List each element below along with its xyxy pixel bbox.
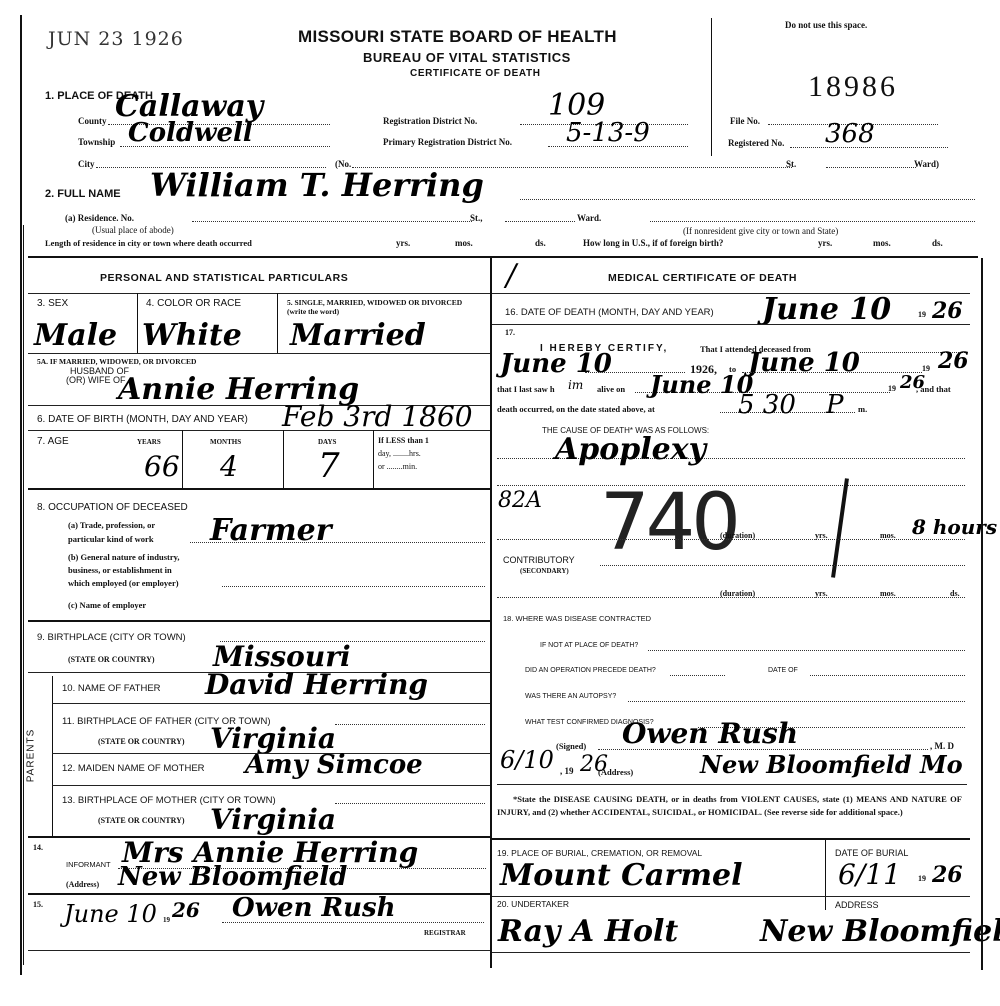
signed-date-field[interactable]: 6/10: [500, 746, 554, 774]
parents-bracket: [52, 676, 53, 836]
occ-a-label-1: (a) Trade, profession, or: [68, 520, 155, 530]
right-border: [981, 258, 983, 970]
age-row-divider: [28, 488, 490, 490]
undertaker-field[interactable]: Ray A Holt: [498, 914, 678, 949]
mother-row-divider: [52, 785, 490, 786]
registered-no-field[interactable]: 368: [825, 119, 875, 149]
registration-district-label: Registration District No.: [383, 116, 477, 126]
duration-yrs-label-2: yrs.: [815, 589, 828, 598]
undertaker-label: 20. UNDERTAKER: [497, 899, 569, 909]
occ-a-label-2: particular kind of work: [68, 534, 154, 544]
left-border: [20, 15, 22, 975]
residence-label: (a) Residence. No.: [65, 213, 134, 223]
burial-date-label: DATE OF BURIAL: [835, 848, 908, 858]
age-years-field[interactable]: 66: [144, 450, 180, 483]
township-label: Township: [78, 137, 115, 147]
secondary-label: (SECONDARY): [520, 567, 569, 575]
age-label: 7. AGE: [37, 436, 69, 447]
usual-place-label: (Usual place of abode): [92, 225, 174, 235]
form-name: CERTIFICATE OF DEATH: [410, 68, 541, 79]
form-subtitle: BUREAU OF VITAL STATISTICS: [363, 50, 571, 65]
length-residence-label: Length of residence in city or town wher…: [45, 238, 252, 248]
less-than-day-1: If LESS than 1: [378, 436, 429, 445]
city-label: City: [78, 159, 95, 169]
burial-year-prefix: 19: [918, 874, 926, 883]
physician-address-label: (Address): [598, 767, 633, 777]
cause-field[interactable]: Apoplexy: [555, 432, 706, 467]
occ-c-label: (c) Name of employer: [68, 600, 146, 610]
township-field[interactable]: Coldwell: [128, 118, 253, 148]
spouse-label-1: 5A. IF MARRIED, WIDOWED, OR DIVORCED: [37, 357, 196, 366]
undertaker-address-label: ADDRESS: [835, 900, 879, 910]
occ-b-label-3: which employed (or employer): [68, 578, 179, 588]
undertaker-divider: [492, 952, 970, 953]
how-long-us-label: How long in U.S., if of foreign birth?: [583, 238, 723, 248]
full-name-field[interactable]: William T. Herring: [150, 166, 484, 204]
filed-year-field[interactable]: 26: [172, 898, 200, 922]
father-label: 10. NAME OF FATHER: [62, 683, 161, 694]
us-ds-label: ds.: [932, 238, 943, 248]
duration-label-2: (duration): [720, 589, 755, 598]
left-border-inner: [23, 225, 24, 965]
death-year-prefix: 19: [918, 310, 926, 319]
divider-top: [28, 256, 978, 258]
operation-date-line: [810, 675, 965, 676]
us-mos-label: mos.: [873, 238, 891, 248]
alive-on-label: alive on: [597, 384, 625, 394]
death-meridian-field[interactable]: P: [826, 390, 844, 420]
primary-district-field[interactable]: 5-13-9: [566, 118, 650, 148]
code-note: 82A: [498, 488, 542, 513]
registrar-label: REGISTRAR: [424, 929, 466, 937]
death-time-field[interactable]: 5 30: [738, 390, 796, 420]
mos-label: mos.: [455, 238, 473, 248]
last-saw-label: that I last saw h: [497, 384, 555, 394]
street-label: St.: [786, 159, 796, 169]
signed-year-prefix: , 19: [560, 766, 574, 776]
residence-st-label: St.,: [470, 213, 483, 223]
medical-section-title: MEDICAL CERTIFICATE OF DEATH: [608, 272, 797, 284]
marital-label: 5. SINGLE, MARRIED, WIDOWED OR DIVORCED …: [287, 298, 482, 316]
parents-side-label: PARENTS: [25, 729, 36, 783]
registrar-signature[interactable]: Owen Rush: [232, 893, 396, 923]
registered-no-label: Registered No.: [728, 138, 784, 148]
occupation-label: 8. OCCUPATION OF DECEASED: [37, 502, 188, 513]
residence-ward-label: Ward.: [577, 213, 601, 223]
undertaker-address-field[interactable]: New Bloomfield: [760, 914, 1000, 949]
mother-city-line: [335, 803, 485, 804]
age-months-divider: [283, 430, 284, 488]
last-saw-year-prefix: 19: [888, 384, 896, 393]
certificate-number: 18986: [808, 70, 898, 104]
mother-field[interactable]: Amy Simcoe: [245, 750, 423, 780]
father-city-line: [335, 724, 485, 725]
duration-mos-label-1: mos.: [880, 531, 896, 540]
age-years-divider: [182, 430, 183, 488]
residence-no-line: [192, 221, 472, 222]
burial-place-label: 19. PLACE OF BURIAL, CREMATION, OR REMOV…: [497, 848, 702, 858]
industry-line: [222, 586, 485, 587]
days-label: DAYS: [318, 438, 336, 446]
months-label: MONTHS: [210, 438, 241, 446]
ds-label: ds.: [535, 238, 546, 248]
burial-date-field[interactable]: 6/11: [838, 858, 901, 891]
age-months-field[interactable]: 4: [220, 450, 238, 483]
occupation-row-divider: [28, 620, 490, 622]
reserved-note: Do not use this space.: [785, 20, 867, 30]
age-days-field[interactable]: 7: [318, 446, 340, 486]
duration-ds-label-2: ds.: [950, 589, 960, 598]
contributory-label: CONTRIBUTORY: [503, 555, 575, 565]
m-label: m.: [858, 404, 867, 414]
date-of-death-label: 16. DATE OF DEATH (MONTH, DAY AND YEAR): [505, 307, 714, 318]
medical-check-mark: /: [506, 258, 516, 293]
race-divider: [277, 293, 278, 353]
signed-label: (Signed): [556, 741, 586, 751]
informant-address-field[interactable]: New Bloomfield: [118, 862, 347, 892]
where-contracted-label: 18. WHERE WAS DISEASE CONTRACTED: [503, 614, 651, 623]
mother-state-label: (STATE OR COUNTRY): [98, 816, 185, 825]
informant-number: 14.: [33, 843, 43, 852]
operation-date-label: DATE OF: [768, 667, 798, 674]
sex-field[interactable]: Male: [34, 318, 117, 353]
father-state-label: (STATE OR COUNTRY): [98, 737, 185, 746]
footnote-divider: [492, 838, 970, 840]
occupation-field[interactable]: Farmer: [210, 513, 332, 548]
attended-from-field[interactable]: June 10: [500, 349, 612, 379]
personal-title-divider: [28, 293, 490, 294]
filed-year-prefix: 19: [163, 916, 170, 924]
sex-divider: [137, 293, 138, 353]
nonresident-label: (If nonresident give city or town and St…: [683, 226, 838, 236]
primary-district-label: Primary Registration District No.: [383, 137, 512, 147]
bottom-left-divider: [28, 950, 490, 951]
less-than-day-2: day, ........hrs.: [378, 449, 421, 458]
death-date-divider: [492, 324, 970, 325]
occ-b-label-1: (b) General nature of industry,: [68, 552, 180, 562]
death-year-field[interactable]: 26: [932, 298, 963, 324]
file-no-label: File No.: [730, 116, 760, 126]
age-days-divider: [373, 430, 374, 488]
birthplace-label: 9. BIRTHPLACE (CITY OR TOWN): [37, 632, 186, 643]
years-label: YEARS: [137, 438, 161, 446]
occ-b-label-2: business, or establishment in: [68, 565, 172, 575]
item-17-number: 17.: [505, 328, 515, 337]
mother-state-field[interactable]: Virginia: [210, 803, 336, 836]
date-of-death-field[interactable]: June 10: [762, 292, 891, 327]
and-that-label: , and that: [916, 384, 951, 394]
operation-line: [670, 675, 725, 676]
cause-footnote: *State the DISEASE CAUSING DEATH, or in …: [497, 793, 962, 819]
informant-address-label: (Address): [66, 880, 99, 889]
full-name-line: [520, 199, 975, 200]
classification-stamp-code: 740: [600, 478, 737, 568]
birthplace-state-label: (STATE OR COUNTRY): [68, 655, 155, 664]
burial-divider: [825, 840, 826, 910]
autopsy-label: WAS THERE AN AUTOPSY?: [525, 693, 616, 700]
received-stamp: JUN 23 1926: [48, 28, 184, 50]
full-name-label: 2. FULL NAME: [45, 188, 121, 200]
physician-signature[interactable]: Owen Rush: [622, 717, 798, 750]
if-not-place-label: IF NOT AT PLACE OF DEATH?: [540, 642, 638, 649]
race-label: 4. COLOR OR RACE: [146, 298, 241, 309]
physician-address-field[interactable]: New Bloomfield Mo: [700, 750, 963, 779]
duration-value-field[interactable]: 8 hours: [912, 515, 997, 539]
mother-label: 12. MAIDEN NAME OF MOTHER: [62, 763, 205, 774]
personal-section-title: PERSONAL AND STATISTICAL PARTICULARS: [100, 272, 348, 284]
ward-line: [826, 167, 916, 168]
duration-label-1: (duration): [720, 531, 755, 540]
physician-address-divider: [497, 784, 967, 785]
attended-to-year-field[interactable]: 26: [938, 348, 969, 374]
residence-ward-line: [505, 221, 575, 222]
ward-label: Ward): [914, 159, 939, 169]
race-field[interactable]: White: [142, 318, 242, 353]
dob-label: 6. DATE OF BIRTH (MONTH, DAY AND YEAR): [37, 414, 248, 425]
form-title: MISSOURI STATE BOARD OF HEALTH: [298, 27, 617, 47]
center-divider: [490, 258, 492, 968]
burial-place-field[interactable]: Mount Carmel: [500, 858, 743, 893]
burial-year-field[interactable]: 26: [932, 862, 963, 888]
medical-title-divider: [492, 293, 970, 294]
sex-label: 3. SEX: [37, 298, 68, 309]
operation-label: DID AN OPERATION PRECEDE DEATH?: [525, 667, 656, 674]
us-yrs-label: yrs.: [818, 238, 832, 248]
spouse-label-3: (OR) WIFE OF: [66, 375, 126, 385]
informant-label: INFORMANT: [66, 860, 111, 869]
stamp-stroke: [831, 478, 849, 578]
yrs-label: yrs.: [396, 238, 410, 248]
if-not-place-line: [648, 650, 965, 651]
burial-place-divider: [492, 896, 970, 897]
last-saw-pronoun[interactable]: im: [568, 378, 583, 392]
death-occurred-label: death occurred, on the date stated above…: [497, 404, 655, 414]
autopsy-line: [628, 701, 965, 702]
duration-yrs-label-1: yrs.: [815, 531, 828, 540]
contributory-line: [600, 565, 965, 566]
sex-row-divider: [28, 353, 490, 354]
filing-number: 15.: [33, 900, 43, 909]
nonresident-line: [650, 221, 975, 222]
marital-field[interactable]: Married: [290, 318, 426, 353]
duration-mos-label-2: mos.: [880, 589, 896, 598]
father-row-divider: [52, 703, 490, 704]
reserved-divider: [711, 18, 712, 156]
attended-to-line: [742, 372, 922, 373]
less-than-day-3: or ........min.: [378, 462, 417, 471]
dob-row-divider: [28, 430, 490, 431]
filed-date-field[interactable]: June 10: [64, 900, 157, 928]
dob-field[interactable]: Feb 3rd 1860: [282, 400, 473, 433]
county-label: County: [78, 116, 107, 126]
father-field[interactable]: David Herring: [205, 668, 428, 701]
attended-to-field[interactable]: June 10: [748, 348, 860, 378]
